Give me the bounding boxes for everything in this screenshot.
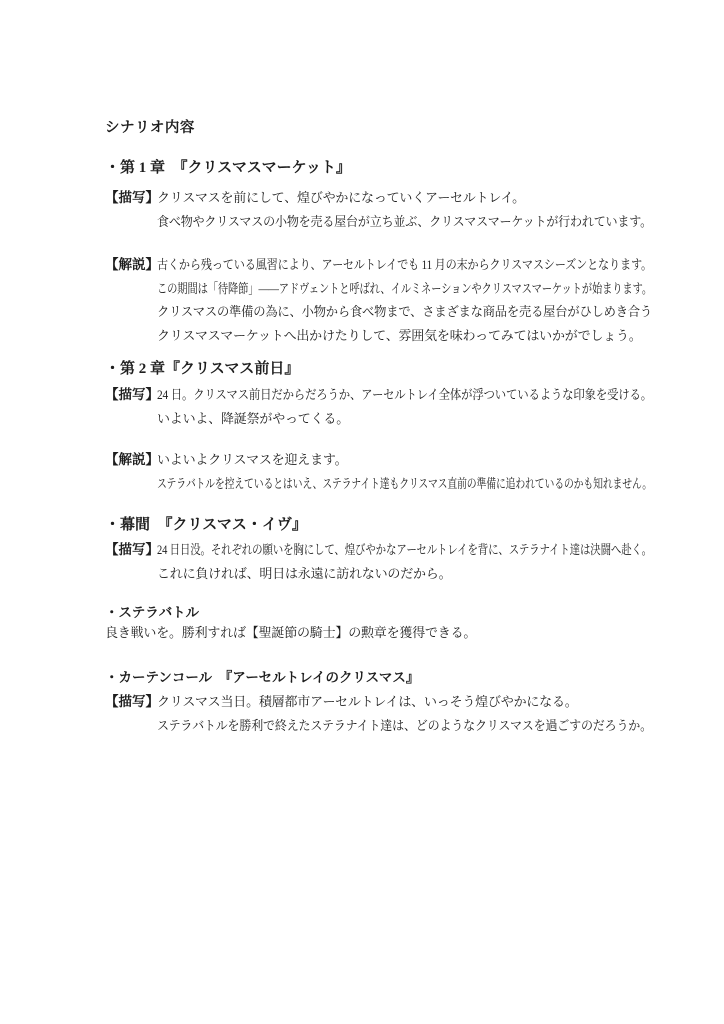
page-title: シナリオ内容	[105, 118, 195, 138]
section-heading-chapter-1: ・第 1 章 『クリスマスマーケット』	[105, 158, 351, 178]
text-line: いよいよ、降誕祭がやってくる。	[157, 407, 721, 431]
block-label: 【解説】	[105, 448, 157, 472]
text-line: 食べ物やクリスマスの小物を売る屋台が立ち並ぶ、クリスマスマーケットが行われていま…	[157, 210, 692, 234]
block-label: 【描写】	[105, 383, 157, 407]
text-line: 良き戦いを。勝利すれば【聖誕節の騎士】の勲章を獲得できる。	[105, 621, 476, 645]
stella-battle-block: 良き戦いを。勝利すれば【聖誕節の騎士】の勲章を獲得できる。	[105, 621, 476, 645]
block-label: 【描写】	[105, 538, 157, 562]
text-line: これに負ければ、明日は永遠に訪れないのだから。	[157, 562, 724, 586]
document-page: シナリオ内容 ・第 1 章 『クリスマスマーケット』 【描写】 クリスマスを前に…	[0, 0, 724, 1024]
text-line: 24 日。クリスマス前日だからだろうか、アーセルトレイ全体が浮ついているような印…	[157, 383, 721, 407]
description-block: 【描写】 クリスマス当日。積層都市アーセルトレイは、いっそう煌びやかになる。 ス…	[105, 690, 692, 737]
text-line: 24 日日没。それぞれの願いを胸にして、煌びやかなアーセルトレイを背に、ステラナ…	[157, 538, 724, 562]
description-block: 【描写】 24 日日没。それぞれの願いを胸にして、煌びやかなアーセルトレイを背に…	[105, 538, 724, 585]
section-heading-stella-battle: ・ステラバトル	[105, 603, 199, 623]
text-line: クリスマス当日。積層都市アーセルトレイは、いっそう煌びやかになる。	[157, 690, 692, 714]
text-line: ステラバトルを勝利で終えたステラナイト達は、どのようなクリスマスを過ごすのだろう…	[157, 714, 692, 738]
section-heading-interlude: ・幕間 『クリスマス・イヴ』	[105, 515, 307, 535]
text-line: この期間は「待降節」――アドヴェントと呼ばれ、イルミネーションやクリスマスマーケ…	[157, 277, 724, 301]
text-line: 古くから残っている風習により、アーセルトレイでも 11 月の末からクリスマスシー…	[157, 253, 724, 277]
section-heading-curtain-call: ・カーテンコール 『アーセルトレイのクリスマス』	[105, 668, 419, 688]
commentary-block: 【解説】 古くから残っている風習により、アーセルトレイでも 11 月の末からクリ…	[105, 253, 724, 347]
text-line: クリスマスの準備の為に、小物から食べ物まで、さまざまな商品を売る屋台がひしめき合…	[157, 300, 724, 324]
description-block: 【描写】 24 日。クリスマス前日だからだろうか、アーセルトレイ全体が浮ついてい…	[105, 383, 721, 430]
block-label: 【解説】	[105, 253, 157, 277]
text-line: クリスマスを前にして、煌びやかになっていくアーセルトレイ。	[157, 186, 692, 210]
block-label: 【描写】	[105, 690, 157, 714]
text-line: ステラバトルを控えているとはいえ、ステラナイト達もクリスマス直前の準備に追われて…	[157, 472, 724, 496]
description-block: 【描写】 クリスマスを前にして、煌びやかになっていくアーセルトレイ。 食べ物やク…	[105, 186, 692, 233]
text-line: いよいよクリスマスを迎えます。	[157, 448, 724, 472]
block-label: 【描写】	[105, 186, 157, 210]
section-heading-chapter-2: ・第 2 章『クリスマス前日』	[105, 359, 299, 379]
text-line: クリスマスマーケットへ出かけたりして、雰囲気を味わってみてはいかがでしょう。	[157, 324, 724, 348]
commentary-block: 【解説】 いよいよクリスマスを迎えます。 ステラバトルを控えているとはいえ、ステ…	[105, 448, 724, 495]
